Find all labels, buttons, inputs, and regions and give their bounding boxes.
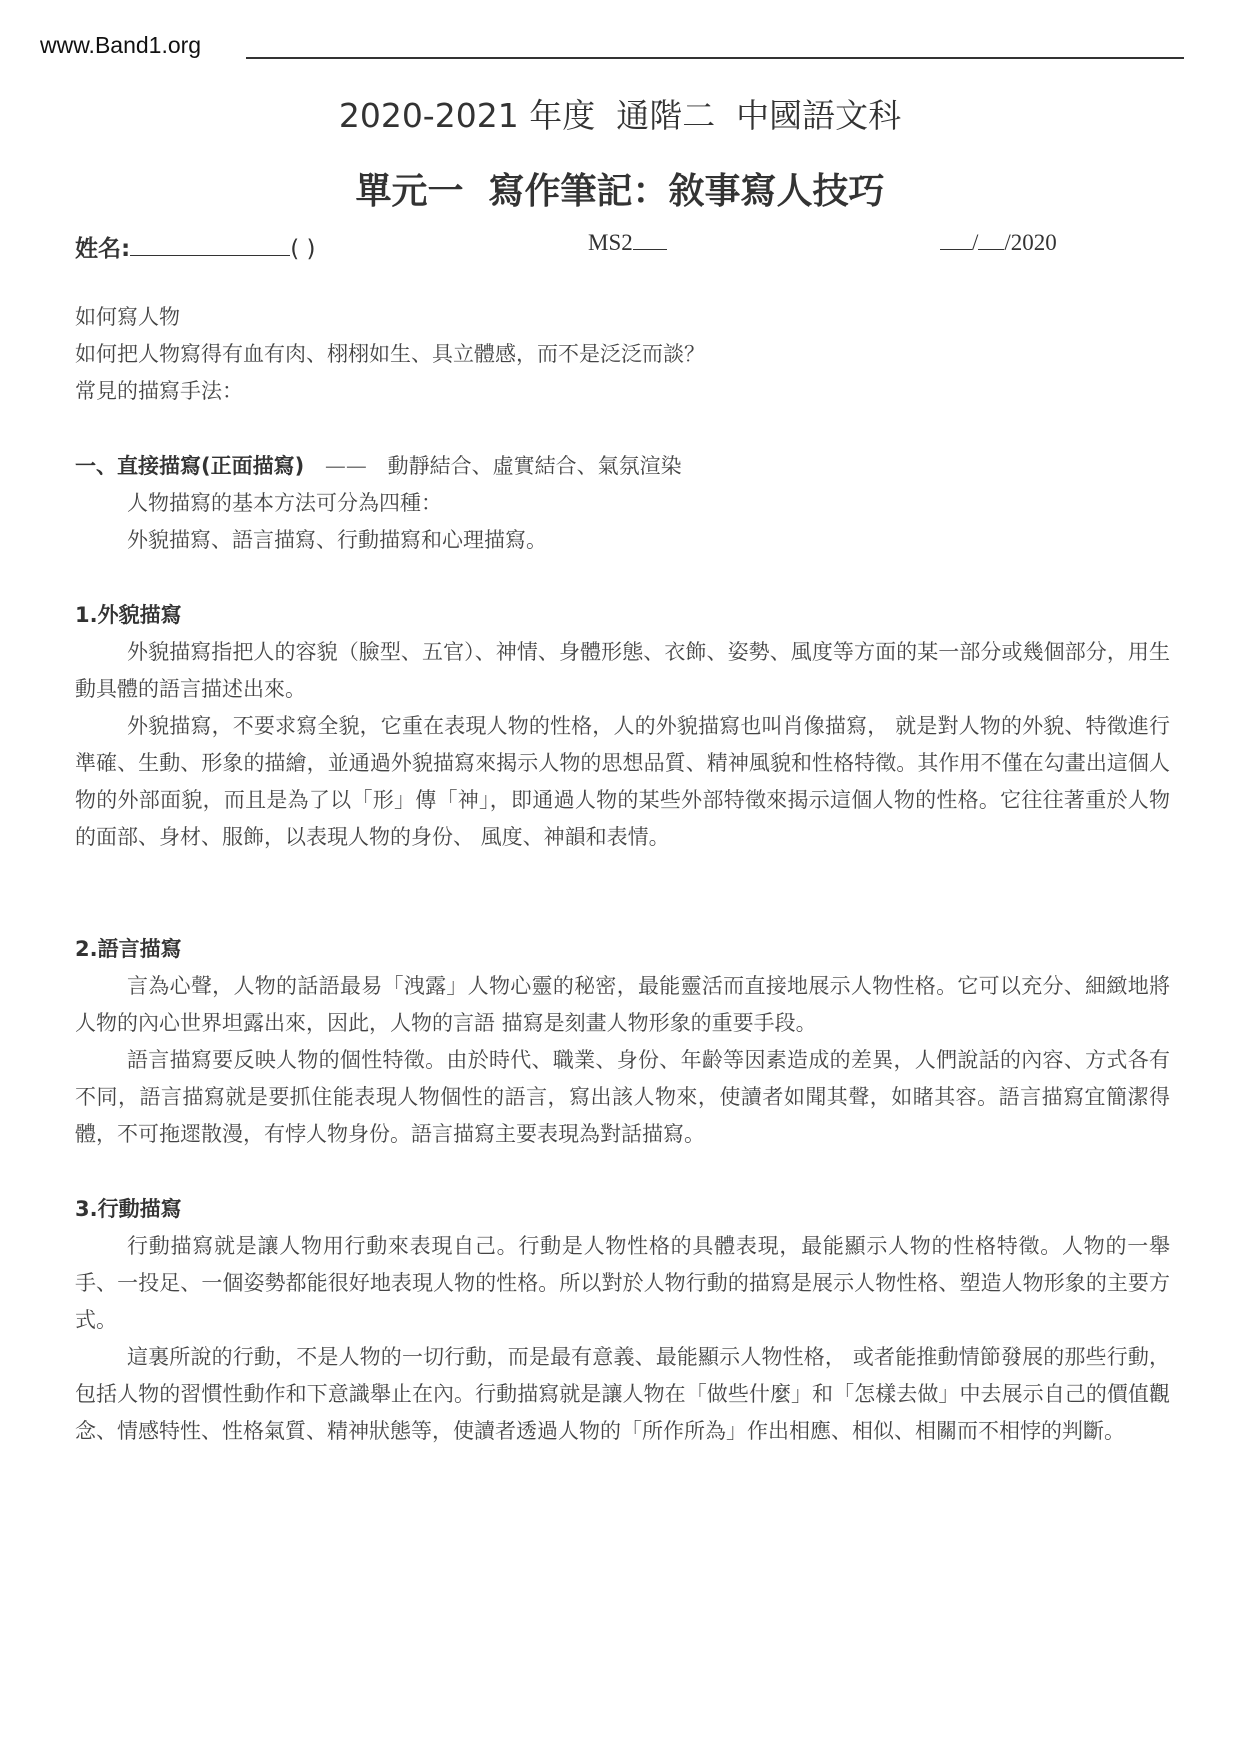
class-number-paren[interactable]: ( ) [290,236,315,262]
name-field[interactable]: 姓名:( ) [75,230,315,263]
title-subject: 中國語文科 [736,90,901,137]
document-subtitle: 單元一 寫作筆記：敘事寫人技巧 [0,163,1240,214]
section1-heading-tail: 動靜結合、虛實結合、氣氛渲染 [388,454,682,478]
sub2-paragraph-2: 語言描寫要反映人物的個性特徵。由於時代、職業、身份、年齡等因素造成的差異，人們說… [75,1042,1170,1153]
date-year: /2020 [1004,230,1056,255]
title-course: 通階二 [616,90,715,137]
date-day-blank[interactable] [940,231,972,250]
subsection-speech: 2.語言描寫 言為心聲，人物的話語最易「洩露」人物心靈的秘密，最能靈活而直接地展… [75,931,1170,1153]
subsection-action: 3.行動描寫 行動描寫就是讓人物用行動來表現自己。行動是人物性格的具體表現，最能… [75,1191,1170,1450]
name-label: 姓名: [75,236,130,262]
section1-dash: —— [325,454,367,478]
sub3-heading: 3.行動描寫 [75,1191,1170,1228]
sub2-heading: 2.語言描寫 [75,931,1170,968]
date-field[interactable]: //2020 [940,230,1057,256]
class-blank[interactable] [633,231,667,250]
class-field[interactable]: MS2 [588,230,667,256]
class-label: MS2 [588,230,633,255]
sub1-heading: 1.外貌描寫 [75,597,1170,634]
section1-heading: 一、直接描寫(正面描寫) —— 動靜結合、虛實結合、氣氛渲染 [75,448,1170,485]
site-url: www.Band1.org [40,32,201,59]
intro-heading: 如何寫人物 [75,299,1170,336]
header-rule [246,57,1184,59]
intro-section: 如何寫人物 如何把人物寫得有血有肉、栩栩如生、具立體感，而不是泛泛而談？ 常見的… [75,299,1170,410]
sub3-paragraph-1: 行動描寫就是讓人物用行動來表現自己。行動是人物性格的具體表現，最能顯示人物的性格… [75,1228,1170,1339]
subtitle-unit: 單元一 [355,171,463,212]
name-blank[interactable] [130,237,290,256]
section1-heading-bold: 一、直接描寫(正面描寫) [75,454,304,478]
subsection-appearance: 1.外貌描寫 外貌描寫指把人的容貌（臉型、五官）、神情、身體形態、衣飾、姿勢、風… [75,597,1170,856]
section1-line1: 人物描寫的基本方法可分為四種： [75,485,1170,522]
subtitle-topic: 寫作筆記：敘事寫人技巧 [489,171,885,212]
sub2-paragraph-1: 言為心聲，人物的話語最易「洩露」人物心靈的秘密，最能靈活而直接地展示人物性格。它… [75,968,1170,1042]
intro-methods-label: 常見的描寫手法： [75,373,1170,410]
date-month-blank[interactable] [978,231,1004,250]
section1-line2: 外貌描寫、語言描寫、行動描寫和心理描寫。 [75,522,1170,559]
sub1-paragraph-1: 外貌描寫指把人的容貌（臉型、五官）、神情、身體形態、衣飾、姿勢、風度等方面的某一… [75,634,1170,708]
sub1-paragraph-2: 外貌描寫，不要求寫全貌，它重在表現人物的性格，人的外貌描寫也叫肖像描寫， 就是對… [75,708,1170,856]
document-title: 2020-2021 年度 通階二 中國語文科 [0,90,1240,137]
title-year: 2020-2021 年度 [339,90,595,137]
intro-question: 如何把人物寫得有血有肉、栩栩如生、具立體感，而不是泛泛而談？ [75,336,1170,373]
sub3-paragraph-2: 這裏所說的行動，不是人物的一切行動，而是最有意義、最能顯示人物性格， 或者能推動… [75,1339,1170,1450]
section-direct-description: 一、直接描寫(正面描寫) —— 動靜結合、虛實結合、氣氛渲染 人物描寫的基本方法… [75,448,1170,559]
